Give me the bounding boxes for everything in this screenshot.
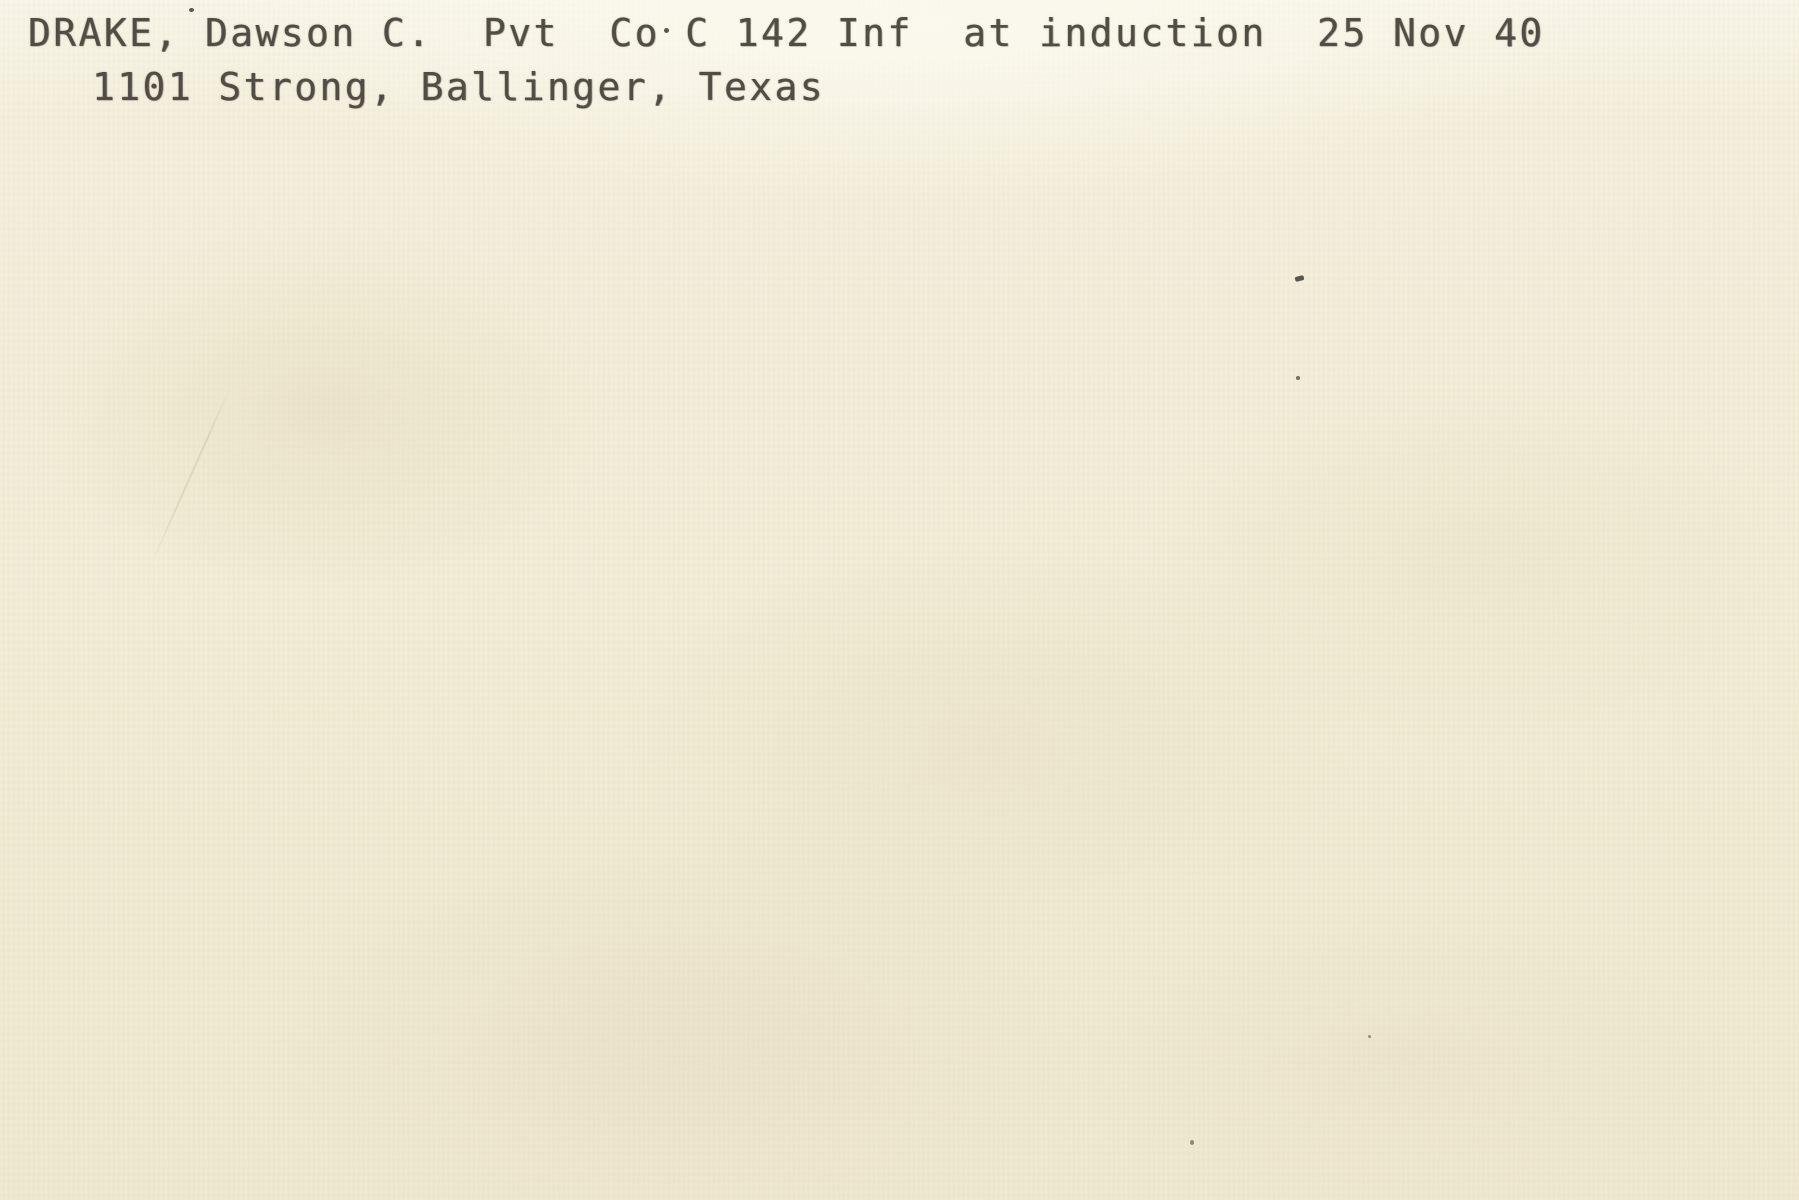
- ink-speck: [1296, 376, 1300, 380]
- paper-scratch: [151, 385, 232, 564]
- card-line-address: 1101 Strong, Ballinger, Texas: [0, 60, 825, 114]
- index-card: DRAKE, Dawson C. Pvt Co C 142 Inf at ind…: [0, 0, 1799, 1200]
- ink-speck: [1368, 1035, 1371, 1038]
- ink-speck: [664, 28, 669, 33]
- card-line-name-rank-unit-date: DRAKE, Dawson C. Pvt Co C 142 Inf at ind…: [0, 6, 1545, 60]
- ink-speck: [189, 8, 194, 12]
- ink-speck: [1295, 275, 1305, 282]
- ink-speck: [1190, 1140, 1194, 1145]
